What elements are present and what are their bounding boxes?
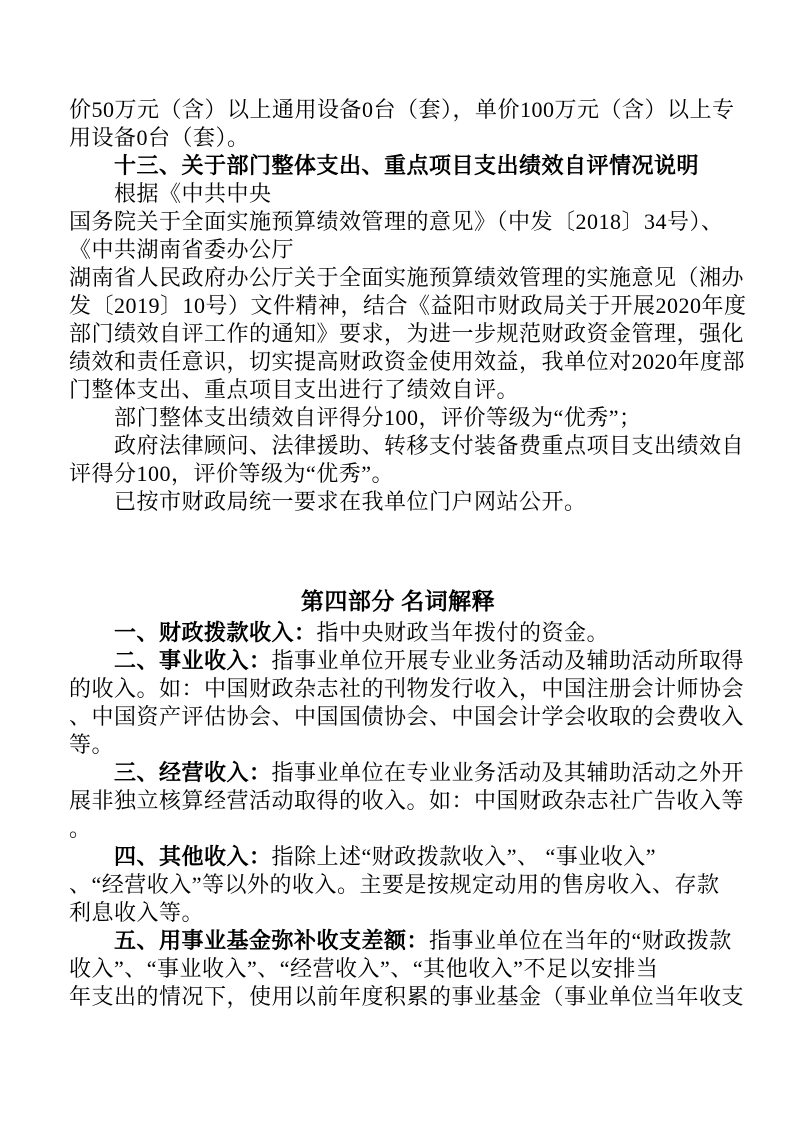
text-segment: 指中央财政当年拨付的资金。 <box>317 620 610 645</box>
text-line: 等。 <box>69 731 727 759</box>
text-segment: 评得分100，评价等级为“优秀”。 <box>69 461 394 486</box>
text-line: 部门绩效自评工作的通知》要求，为进一步规范财政资金管理，强化 <box>69 320 727 348</box>
text-segment: 利息收入等。 <box>69 900 204 925</box>
text-line: 根据《中共中央 <box>69 180 727 208</box>
text-line: 绩效和责任意识，切实提高财政资金使用效益，我单位对2020年度部 <box>69 348 727 376</box>
text-line: 国务院关于全面实施预算绩效管理的意见》（中发〔2018〕34号）、 <box>69 208 727 236</box>
text-line: 部门整体支出绩效自评得分100，评价等级为“优秀”； <box>69 404 727 432</box>
text-line: 展非独立核算经营活动取得的收入。如：中国财政杂志社广告收入等 <box>69 787 727 815</box>
text-line: 政府法律顾问、法律援助、转移支付装备费重点项目支出绩效自 <box>69 432 727 460</box>
text-line: 二、事业收入：指事业单位开展专业业务活动及辅助活动所取得 <box>69 647 727 675</box>
text-line: 。 <box>69 815 727 843</box>
text-segment: 根据《中共中央 <box>114 181 272 206</box>
text-line: 利息收入等。 <box>69 899 727 927</box>
text-segment: 指事业单位在当年的“财政拨款 <box>429 928 732 953</box>
text-line: 三、经营收入：指事业单位在专业业务活动及其辅助活动之外开 <box>69 759 727 787</box>
text-segment: 发〔2019〕10号）文件精神，结合《益阳市财政局关于开展2020年度 <box>69 293 747 318</box>
text-segment: 价50万元（含）以上通用设备0台（套），单价100万元（含）以上专 <box>69 97 735 122</box>
text-segment: 指事业单位开展专业业务活动及辅助活动所取得 <box>272 648 745 673</box>
bold-text-segment: 四、其他收入： <box>114 844 272 869</box>
text-line: 《中共湖南省委办公厅 <box>69 236 727 264</box>
document-page: { "page": { "background": "#ffffff", "te… <box>0 0 793 1122</box>
text-line: 年支出的情况下，使用以前年度积累的事业基金（事业单位当年收支 <box>69 983 727 1011</box>
bold-text-segment: 十三、关于部门整体支出、重点项目支出绩效自评情况说明 <box>114 153 699 178</box>
text-line: 的收入。如：中国财政杂志社的刊物发行收入，中国注册会计师协会 <box>69 675 727 703</box>
bold-text-segment: 二、事业收入： <box>114 648 272 673</box>
text-segment: 绩效和责任意识，切实提高财政资金使用效益，我单位对2020年度部 <box>69 349 745 374</box>
text-segment: 、中国资产评估协会、中国国债协会、中国会计学会收取的会费收入 <box>69 704 744 729</box>
text-segment: 的收入。如：中国财政杂志社的刊物发行收入，中国注册会计师协会 <box>69 676 744 701</box>
bold-text-segment: 五、用事业基金弥补收支差额： <box>114 928 429 953</box>
bold-text-segment: 第四部分 名词解释 <box>301 589 495 614</box>
text-line: 、中国资产评估协会、中国国债协会、中国会计学会收取的会费收入 <box>69 703 727 731</box>
bold-text-segment: 三、经营收入： <box>114 760 272 785</box>
text-segment: 指除上述“财政拨款收入”、 “事业收入” <box>272 844 657 869</box>
text-segment: 部门绩效自评工作的通知》要求，为进一步规范财政资金管理，强化 <box>69 321 744 346</box>
document-body: 价50万元（含）以上通用设备0台（套），单价100万元（含）以上专用设备0台（套… <box>69 96 727 1011</box>
bold-text-segment: 一、财政拨款收入： <box>114 620 317 645</box>
text-segment: 国务院关于全面实施预算绩效管理的意见》（中发〔2018〕34号）、 <box>69 209 724 234</box>
text-segment: 已按市财政局统一要求在我单位门户网站公开。 <box>114 489 587 514</box>
text-line: 用设备0台（套）。 <box>69 124 727 152</box>
text-line: 评得分100，评价等级为“优秀”。 <box>69 460 727 488</box>
text-line: 门整体支出、重点项目支出进行了绩效自评。 <box>69 376 727 404</box>
text-line: 已按市财政局统一要求在我单位门户网站公开。 <box>69 488 727 516</box>
text-segment: 政府法律顾问、法律援助、转移支付装备费重点项目支出绩效自 <box>114 433 744 458</box>
text-line: 五、用事业基金弥补收支差额：指事业单位在当年的“财政拨款 <box>69 927 727 955</box>
text-segment: 用设备0台（套）。 <box>69 125 250 150</box>
text-line: 一、财政拨款收入：指中央财政当年拨付的资金。 <box>69 619 727 647</box>
text-line: 价50万元（含）以上通用设备0台（套），单价100万元（含）以上专 <box>69 96 727 124</box>
text-line: 、“经营收入”等以外的收入。主要是按规定动用的售房收入、存款 <box>69 871 727 899</box>
section-heading: 十三、关于部门整体支出、重点项目支出绩效自评情况说明 <box>69 152 727 180</box>
text-segment: 、“经营收入”等以外的收入。主要是按规定动用的售房收入、存款 <box>69 872 720 897</box>
text-segment: 湖南省人民政府办公厅关于全面实施预算绩效管理的实施意见（湘办 <box>69 265 744 290</box>
text-line: 四、其他收入：指除上述“财政拨款收入”、 “事业收入” <box>69 843 727 871</box>
text-segment: 展非独立核算经营活动取得的收入。如：中国财政杂志社广告收入等 <box>69 788 744 813</box>
text-line: 收入”、“事业收入”、“经营收入”、“其他收入”不足以安排当 <box>69 955 727 983</box>
text-segment: 收入”、“事业收入”、“经营收入”、“其他收入”不足以安排当 <box>69 956 658 981</box>
text-segment: 部门整体支出绩效自评得分100，评价等级为“优秀”； <box>114 405 642 430</box>
text-segment: 年支出的情况下，使用以前年度积累的事业基金（事业单位当年收支 <box>69 984 744 1009</box>
section-title: 第四部分 名词解释 <box>69 585 727 619</box>
text-segment: 指事业单位在专业业务活动及其辅助活动之外开 <box>272 760 745 785</box>
text-segment: 等。 <box>69 732 114 757</box>
text-segment: 。 <box>69 816 92 841</box>
text-segment: 门整体支出、重点项目支出进行了绩效自评。 <box>69 377 519 402</box>
text-line: 湖南省人民政府办公厅关于全面实施预算绩效管理的实施意见（湘办 <box>69 264 727 292</box>
text-line: 发〔2019〕10号）文件精神，结合《益阳市财政局关于开展2020年度 <box>69 292 727 320</box>
text-segment: 《中共湖南省委办公厅 <box>69 237 294 262</box>
